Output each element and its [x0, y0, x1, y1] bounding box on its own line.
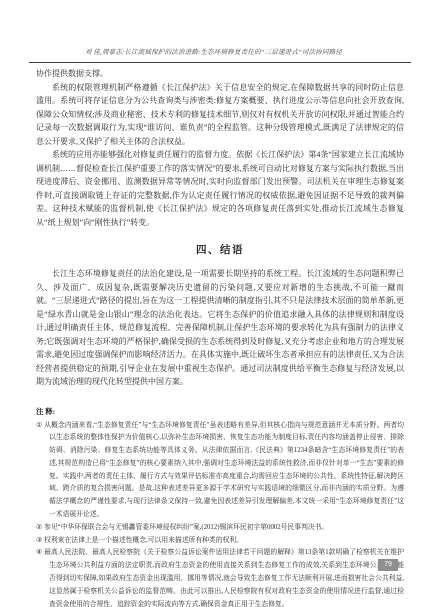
note-text: 从概念内涵来看,“生态修复责任”与“生态环境修复责任”虽表述略有差异,但其核心指… — [44, 422, 404, 519]
note-item: ①从概念内涵来看,“生态修复责任”与“生态环境修复责任”虽表述略有差异,但其核心… — [36, 420, 404, 522]
document-page: 刘 佳,周豪志:长江流域保护的法治进路:生态环境修复责任的“三层递进式”司法协同… — [0, 0, 427, 607]
body-paragraph-continuation: 协作提供数据支撑。 — [36, 67, 404, 81]
body-paragraph: 系统的应用亦能够强化对修复责任履行的监督力度。依据《长江保护法》第4条“国家建立… — [36, 148, 404, 229]
note-marker: ② — [36, 524, 42, 531]
notes-label: 注 释: — [36, 406, 404, 417]
note-text: 权利束在法律上是一个描述性概念,可以用来描述所有种类的权利。 — [44, 537, 243, 544]
header-rule — [29, 62, 411, 63]
conclusion-paragraph: 长江生态环境修复责任的法治化建设,是一项需要长期坚持的系统工程。长江流域的生态问… — [36, 267, 404, 389]
note-marker: ④ — [36, 549, 42, 556]
article-body: 协作提供数据支撑。 系统的权限管理机制严格遵循《长江保护法》关于信息安全的规定,… — [36, 67, 404, 607]
note-item: ④最高人民法院、最高人民检察院《关于检察公益诉讼案件适用法律若干问题的解释》第1… — [36, 547, 404, 607]
note-marker: ① — [36, 422, 42, 429]
note-text: 最高人民法院、最高人民检察院《关于检察公益诉讼案件适用法律若干问题的解释》第13… — [44, 549, 404, 607]
page-number-badge: 79 — [378, 559, 398, 571]
notes-section: 注 释: ①从概念内涵来看,“生态修复责任”与“生态环境修复责任”虽表述略有差异… — [36, 406, 404, 607]
note-marker: ③ — [36, 537, 42, 544]
section-heading: 四、结语 — [36, 242, 404, 257]
note-item: ②参见“中华环保联合会与无锡蠡管委环境侵权纠纷”案,(2012)锡滨环民初字第0… — [36, 522, 404, 535]
running-header: 刘 佳,周豪志:长江流域保护的法治进路:生态环境修复责任的“三层递进式”司法协同… — [20, 48, 407, 57]
body-paragraph: 系统的权限管理机制严格遵循《长江保护法》关于信息安全的规定,在保障数据共享的同时… — [36, 81, 404, 149]
note-item: ③权利束在法律上是一个描述性概念,可以用来描述所有种类的权利。 — [36, 535, 404, 548]
note-text: 参见“中华环保联合会与无锡蠡管委环境侵权纠纷”案,(2012)锡滨环民初字第00… — [44, 524, 328, 531]
